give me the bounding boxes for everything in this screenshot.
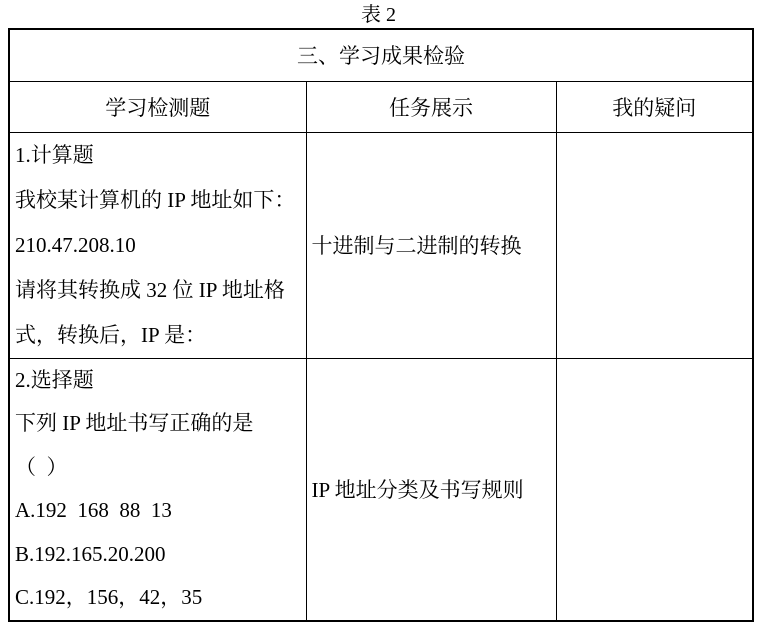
learning-outcome-table: 三、学习成果检验 学习检测题 任务展示 我的疑问 1.计算题 我校某计算机的 I… xyxy=(8,28,754,622)
table-section-title: 三、学习成果检验 xyxy=(9,29,753,81)
page-title: 表 2 xyxy=(0,0,757,28)
column-header-doubts: 我的疑问 xyxy=(556,81,753,132)
question-line: B.192.165.20.200 xyxy=(10,533,306,577)
table-row-calculation: 1.计算题 我校某计算机的 IP 地址如下： 210.47.208.10 请将其… xyxy=(9,132,753,358)
question-cell-1: 1.计算题 我校某计算机的 IP 地址如下： 210.47.208.10 请将其… xyxy=(9,132,306,358)
doubt-cell-2 xyxy=(556,358,753,621)
question-line: 请将其转换成 32 位 IP 地址格 xyxy=(10,268,306,313)
question-line: 210.47.208.10 xyxy=(10,223,306,268)
column-header-questions: 学习检测题 xyxy=(9,81,306,132)
question-line: 1.计算题 xyxy=(10,133,306,178)
question-line: 式，转换后，IP 是： xyxy=(10,313,306,358)
table-section-row: 三、学习成果检验 xyxy=(9,29,753,81)
task-cell-2: IP 地址分类及书写规则 xyxy=(306,358,556,621)
question-line: 下列 IP 地址书写正确的是 xyxy=(10,402,306,446)
table-header-row: 学习检测题 任务展示 我的疑问 xyxy=(9,81,753,132)
question-cell-2: 2.选择题 下列 IP 地址书写正确的是 （ ） A.192 168 88 13… xyxy=(9,358,306,621)
question-line: （ ） xyxy=(10,446,306,490)
task-cell-1: 十进制与二进制的转换 xyxy=(306,132,556,358)
question-line: A.192 168 88 13 xyxy=(10,489,306,533)
question-line: 我校某计算机的 IP 地址如下： xyxy=(10,178,306,223)
column-header-task: 任务展示 xyxy=(306,81,556,132)
table-row-choice: 2.选择题 下列 IP 地址书写正确的是 （ ） A.192 168 88 13… xyxy=(9,358,753,621)
doubt-cell-1 xyxy=(556,132,753,358)
question-line: 2.选择题 xyxy=(10,359,306,403)
question-line: C.192，156，42，35 xyxy=(10,576,306,620)
